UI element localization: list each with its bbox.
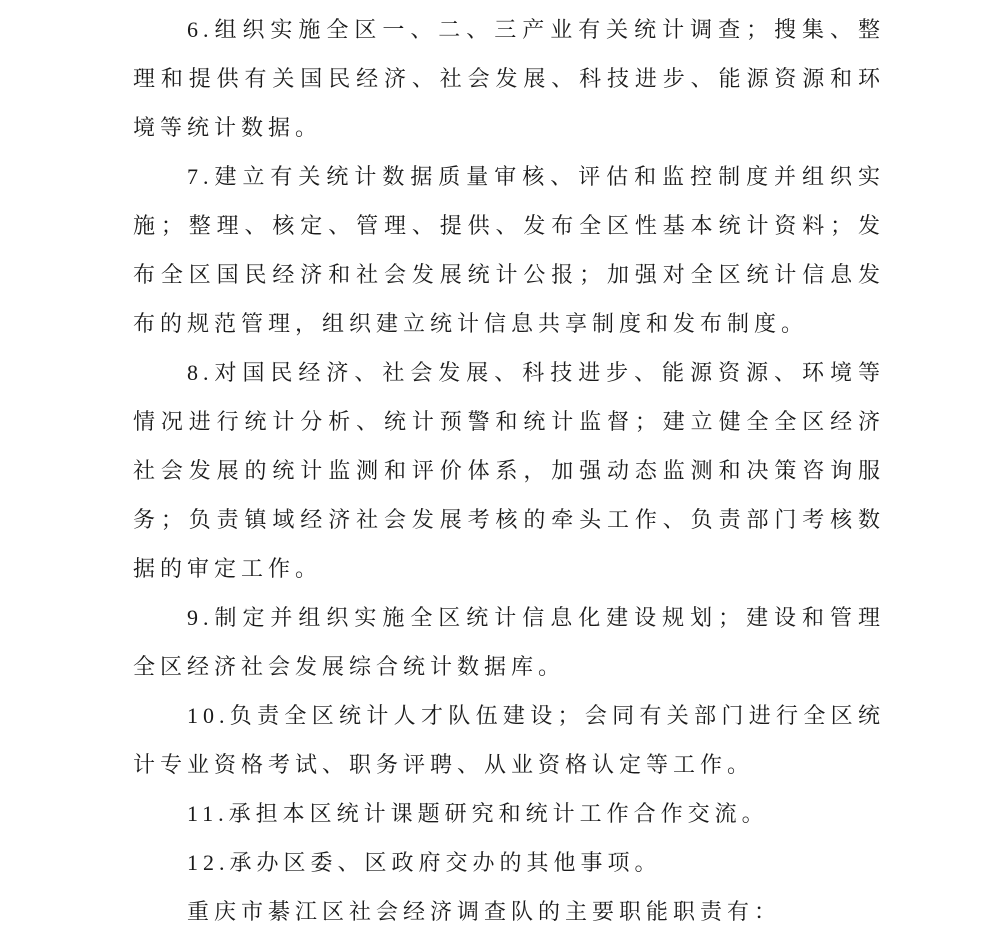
paragraph-item-9: 9.制定并组织实施全区统计信息化建设规划；建设和管理全区经济社会发展综合统计数据… xyxy=(133,593,885,691)
paragraph-item-6: 6.组织实施全区一、二、三产业有关统计调查；搜集、整理和提供有关国民经济、社会发… xyxy=(133,5,885,152)
paragraph-item-7: 7.建立有关统计数据质量审核、评估和监控制度并组织实施；整理、核定、管理、提供、… xyxy=(133,152,885,348)
document-page: 6.组织实施全区一、二、三产业有关统计调查；搜集、整理和提供有关国民经济、社会发… xyxy=(0,0,1000,952)
paragraph-item-10: 10.负责全区统计人才队伍建设；会同有关部门进行全区统计专业资格考试、职务评聘、… xyxy=(133,691,885,789)
paragraph-item-11: 11.承担本区统计课题研究和统计工作合作交流。 xyxy=(133,789,885,838)
document-body: 6.组织实施全区一、二、三产业有关统计调查；搜集、整理和提供有关国民经济、社会发… xyxy=(133,5,885,936)
paragraph-item-8: 8.对国民经济、社会发展、科技进步、能源资源、环境等情况进行统计分析、统计预警和… xyxy=(133,348,885,593)
paragraph-item-12: 12.承办区委、区政府交办的其他事项。 xyxy=(133,838,885,887)
section-heading: 重庆市綦江区社会经济调查队的主要职能职责有： xyxy=(133,887,885,936)
